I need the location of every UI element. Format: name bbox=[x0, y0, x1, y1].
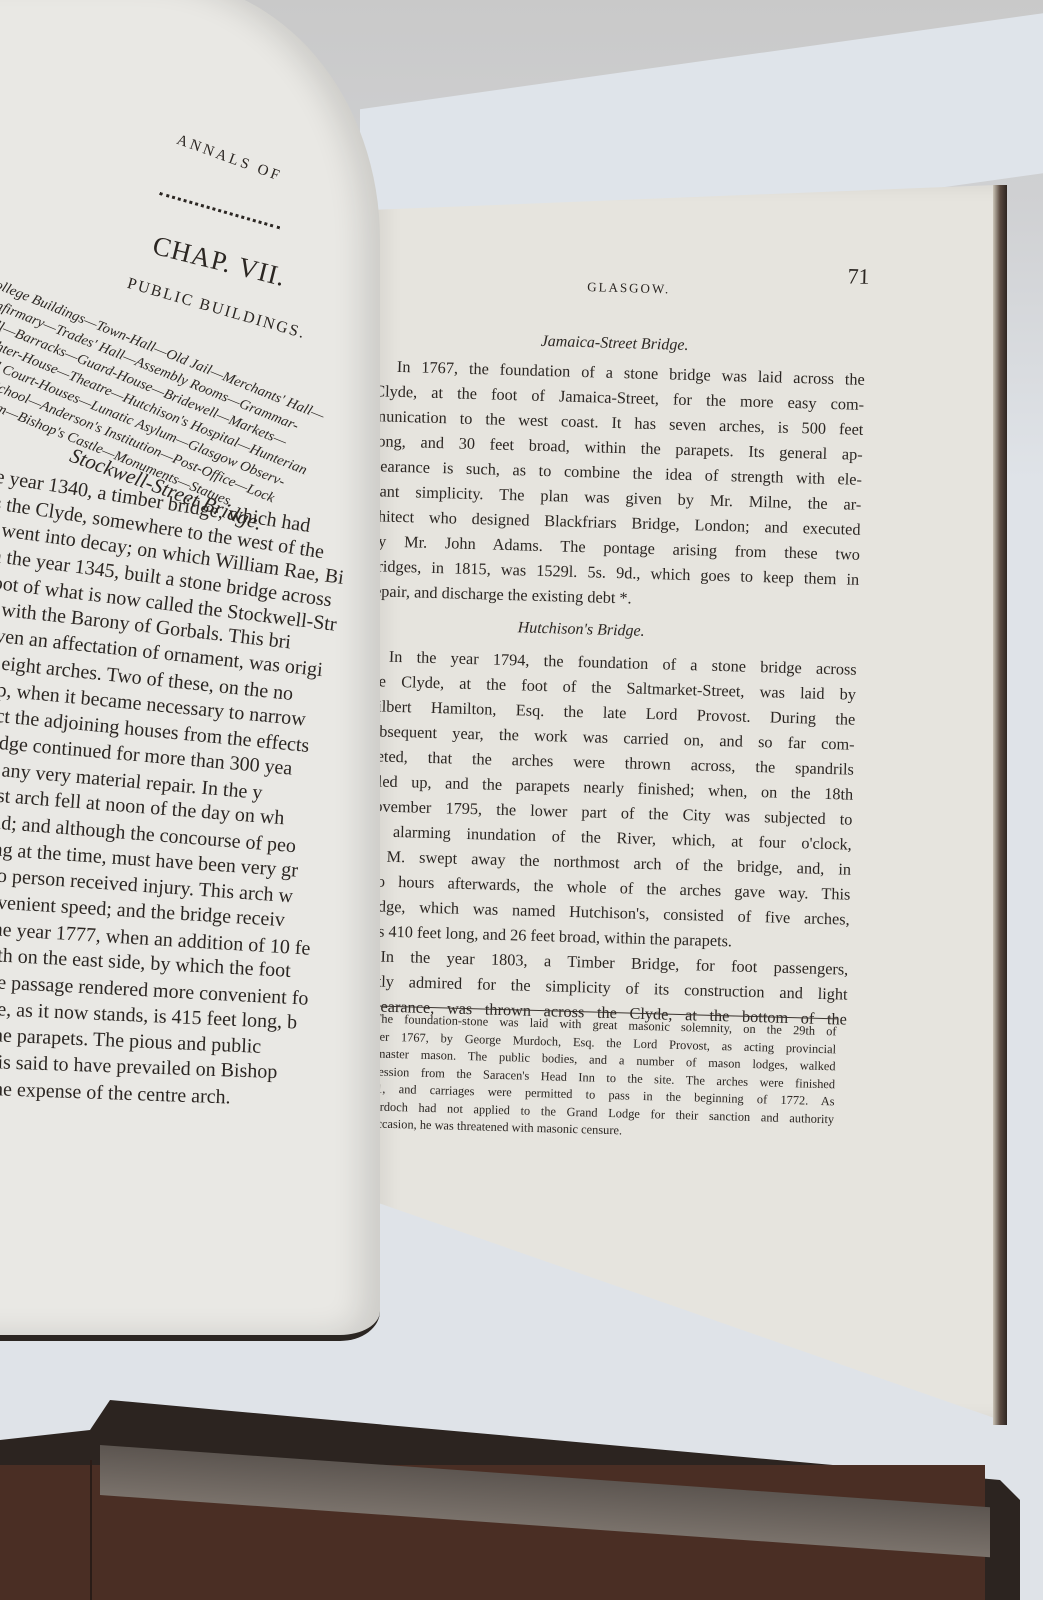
running-head-right: GLASGOW. bbox=[587, 279, 670, 297]
section-heading-jamaica-street: Jamaica-Street Bridge. bbox=[540, 333, 688, 355]
paragraph-stockwell-street: he year 1340, a timber bridge, which had… bbox=[0, 462, 380, 1103]
left-page: ANNALS OF CHAP. VII. PUBLIC BUILDINGS. C… bbox=[0, 0, 380, 1341]
right-page-content: GLASGOW. 71 Jamaica-Street Bridge. In 17… bbox=[336, 185, 1000, 1437]
left-page-content: ANNALS OF CHAP. VII. PUBLIC BUILDINGS. C… bbox=[0, 0, 380, 1320]
right-page-torn-edge bbox=[993, 185, 1007, 1425]
ornamental-rule bbox=[158, 192, 281, 235]
lower-book-spine-crease bbox=[90, 1460, 92, 1600]
paragraph-jamaica-street: In 1767, the foundation of a stone bridg… bbox=[368, 353, 865, 617]
section-heading-hutchisons: Hutchison's Bridge. bbox=[517, 619, 644, 641]
page-number: 71 bbox=[847, 263, 870, 290]
running-head-left: ANNALS OF bbox=[174, 132, 284, 186]
paragraph-hutchisons: In the year 1794, the foundation of a st… bbox=[357, 643, 857, 1032]
chapter-title: CHAP. VII. bbox=[150, 230, 290, 293]
footnote: * The foundation-stone was laid with gre… bbox=[334, 1009, 837, 1145]
